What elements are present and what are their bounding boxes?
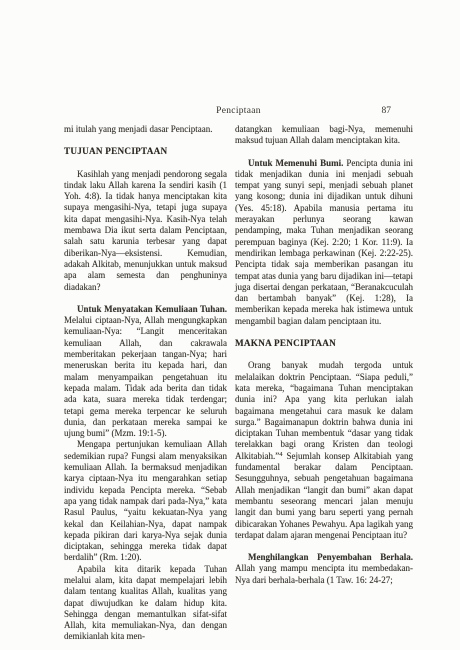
section-heading-makna: MAKNA PENCIPTAAN xyxy=(235,338,413,349)
continuation-paragraph: datangkan kemuliaan bagi-Nya, memenuhi m… xyxy=(235,124,413,147)
text-columns: mi itulah yang menjadi dasar Penciptaan.… xyxy=(64,124,413,643)
paragraph-text: Allah yang mampu mencipta itu membedakan… xyxy=(235,563,413,584)
footnote-marker: 4 xyxy=(279,451,282,458)
paragraph: Untuk Menyatakan Kemuliaan Tuhan. Melalu… xyxy=(64,304,227,440)
running-title: Penciptaan xyxy=(64,104,413,118)
paragraph-text: Pencipta dunia ini tidak menjadikan duni… xyxy=(235,158,413,326)
paragraph-text: Sejumlah konsep Alkitabiah yang fundamen… xyxy=(235,451,413,540)
running-head: Penciptaan 87 xyxy=(64,104,413,118)
book-page: Penciptaan 87 mi itulah yang menjadi das… xyxy=(0,0,460,650)
section-heading-tujuan: TUJUAN PENCIPTAAN xyxy=(64,146,227,157)
inline-heading: Untuk Memenuhi Bumi. xyxy=(248,158,343,168)
paragraph-text: Orang banyak mudah tergoda untuk melalai… xyxy=(235,360,413,460)
inline-heading: Untuk Menyatakan Kemuliaan Tuhan. xyxy=(77,304,227,314)
continuation-paragraph: mi itulah yang menjadi dasar Penciptaan. xyxy=(64,124,227,135)
paragraph: Mengapa pertunjukan kemuliaan Allah sede… xyxy=(64,439,227,563)
paragraph: Kasihlah yang menjadi pendorong segala t… xyxy=(64,169,227,293)
paragraph-text: Melalui ciptaan-Nya, Allah mengungkapkan… xyxy=(64,315,227,438)
right-column: datangkan kemuliaan bagi-Nya, memenuhi m… xyxy=(235,124,413,643)
left-column: mi itulah yang menjadi dasar Penciptaan.… xyxy=(64,124,227,643)
paragraph: Menghilangkan Penyembahan Berhala. Allah… xyxy=(235,552,413,586)
paragraph: Apabila kita ditarik kepada Tuhan melalu… xyxy=(64,564,227,643)
inline-heading: Menghilangkan Penyembahan Berhala. xyxy=(248,552,413,562)
page-number: 87 xyxy=(382,104,392,118)
paragraph: Orang banyak mudah tergoda untuk melalai… xyxy=(235,360,413,541)
paragraph: Untuk Memenuhi Bumi. Pencipta dunia ini … xyxy=(235,158,413,327)
